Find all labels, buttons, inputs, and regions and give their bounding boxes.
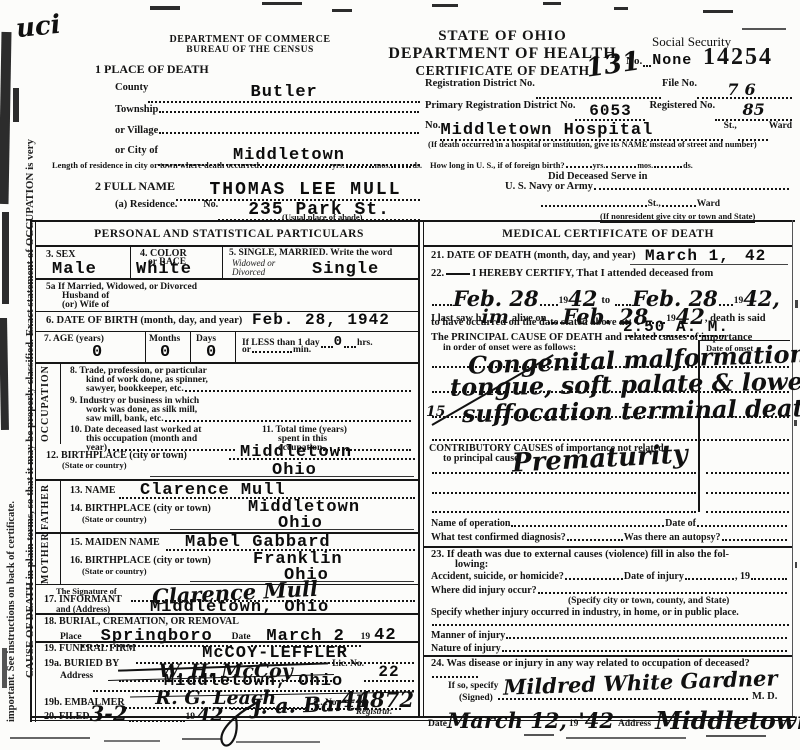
autopsy-label: Was there an autopsy?: [624, 532, 721, 543]
full-name-label: 2 FULL NAME: [95, 179, 175, 194]
father-state-label: (State or country): [82, 514, 147, 524]
manner-row: Manner of injury: [431, 630, 788, 641]
if-so-specify-label: If so, specify: [448, 681, 498, 691]
institution-note: (If death occurred in a hospital or inst…: [428, 139, 757, 149]
township-label: Township: [115, 104, 158, 115]
file-no-label: File No.: [662, 78, 697, 89]
margin-note-line2: important. See instructions on back of c…: [6, 392, 17, 722]
st-label: St.,: [724, 121, 737, 131]
registrar-signature-flourish: [196, 700, 276, 750]
scan-noise: [614, 7, 628, 10]
scan-noise: [706, 735, 766, 737]
primary-registration-value: 6053: [589, 102, 631, 120]
st-label: St.,: [648, 199, 661, 209]
city-label: or City of: [115, 145, 158, 156]
signed-date-value: March 12,: [447, 708, 567, 733]
nature-label: Nature of injury: [431, 643, 501, 654]
father-side-label: FATHER: [40, 482, 51, 532]
ink-streak: [13, 88, 19, 122]
no-label: No.: [626, 55, 642, 67]
item9-line3: saw mill, bank, etc.: [86, 414, 164, 424]
date-of-death-value: March 1,: [645, 247, 730, 265]
ssn-row: No. None: [626, 52, 698, 69]
sex-label: 3. SEX: [46, 249, 75, 260]
mother-side-label: MOTHER: [40, 536, 51, 584]
item8-line3: sawyer, bookkeeper, etc.: [86, 384, 184, 394]
residence-no-label: No.: [203, 199, 218, 210]
scan-noise: [566, 737, 686, 739]
where-injury-label: Where did injury occur?: [431, 585, 537, 596]
sex-value: Male: [52, 260, 97, 279]
autopsy-row: What test confirmed diagnosis? Was there…: [431, 532, 788, 543]
state-title: STATE OF OHIO: [385, 28, 620, 45]
injury-date-label: Date of injury: [624, 571, 684, 582]
residence-length-label: Length of residence in city or town wher…: [52, 160, 259, 170]
operation-row: Name of operation Date of: [431, 518, 788, 529]
scan-noise: [795, 300, 798, 308]
certify-text: I HEREBY CERTIFY, That I attended deceas…: [472, 268, 713, 279]
ssn-value: None: [652, 52, 692, 69]
item8-line3-row: sawyer, bookkeeper, etc.: [86, 384, 412, 394]
ds-label: ds.: [683, 161, 693, 170]
contributory-label-line2: to principal cause:: [443, 453, 522, 464]
scan-noise: [795, 562, 797, 568]
scan-noise: [332, 9, 352, 12]
place-of-death-title: 1 PLACE OF DEATH: [95, 62, 209, 77]
accident-row: Accident, suicide, or homicide? Date of …: [431, 571, 788, 582]
scan-noise: [104, 740, 160, 742]
signed-19: 19: [569, 719, 579, 729]
birthplace-state-label: (State or country): [62, 460, 127, 470]
yrs-label: yrs.: [332, 161, 345, 170]
funeral-firm-label: 19. FUNERAL FIRM: [44, 643, 136, 654]
buried-by-lic-label: Lic. No.: [332, 659, 364, 669]
mother-state-label: (State or country): [82, 566, 147, 576]
scan-noise: [543, 2, 561, 5]
certificate-title: CERTIFICATE OF DEATH: [385, 63, 620, 79]
nature-row: Nature of injury: [431, 643, 788, 654]
item22-number: 22.: [431, 268, 444, 279]
marital-label-line3: Divorced: [232, 267, 265, 277]
ward-label: Ward: [769, 121, 792, 131]
md-label: M. D.: [752, 691, 777, 702]
item9-line3-row: saw mill, bank, etc.: [86, 414, 412, 424]
registered-no-value: 85: [742, 100, 764, 119]
county-value: Butler: [251, 83, 318, 102]
yrs-label: yrs.: [593, 161, 606, 170]
operation-label: Name of operation: [431, 518, 510, 529]
file-no-value: 76: [727, 80, 761, 99]
occupation-side-label: OCCUPATION: [40, 366, 51, 442]
certify-row: 22. I HEREBY CERTIFY, That I attended de…: [431, 268, 788, 279]
registered-no-label: Registered No.: [649, 100, 715, 111]
age-months-value: 0: [160, 343, 171, 362]
principal-cause-line1: The PRINCIPAL CAUSE OF DEATH and related…: [431, 332, 752, 343]
signed-date-row: Date March 12, 19 '42 Address Middletown…: [428, 703, 788, 732]
mother-maiden-name-label: 15. MAIDEN NAME: [70, 537, 160, 548]
township-row: Township: [115, 104, 420, 115]
age-min-row: or min.: [242, 345, 362, 355]
scan-noise: [150, 6, 180, 10]
date-of-death-label: 21. DATE OF DEATH (month, day, and year): [431, 250, 636, 261]
signed-address-value: Middletown O.: [655, 706, 800, 735]
age-years-value: 0: [92, 343, 103, 362]
registrar-label: Registrar.: [356, 706, 392, 716]
signed-date-label: Date: [428, 719, 447, 729]
min-label: min.: [293, 345, 311, 355]
village-row: or Village: [115, 125, 420, 136]
serial-number: 14254: [703, 44, 773, 71]
occurred-text: to have occurred on the date stated abov…: [431, 317, 628, 328]
agency-line2: BUREAU OF THE CENSUS: [120, 45, 380, 55]
registration-district-row: Registration District No. File No. 76: [425, 78, 792, 101]
marital-value: Single: [312, 260, 379, 279]
filed-label: 20. FILED: [44, 711, 90, 722]
item23-line2: lowing:: [455, 559, 488, 570]
dob-value: Feb. 28, 1942: [252, 311, 390, 329]
medical-section-title: MEDICAL CERTIFICATE OF DEATH: [424, 228, 792, 240]
or-label: or: [242, 345, 251, 355]
registration-district-label: Registration District No.: [425, 78, 535, 89]
birthplace-state-value: Ohio: [272, 461, 317, 480]
served-label-line2: U. S. Navy or Army: [505, 181, 593, 192]
signed-address-label: Address: [618, 719, 651, 729]
ds-label: ds.: [412, 161, 422, 170]
injury-19: , 19: [735, 571, 750, 582]
county-row: County Butler: [115, 82, 420, 105]
full-name-value: THOMAS LEE MULL: [209, 180, 401, 200]
scan-noise: [10, 737, 90, 739]
foreign-birth-row: How long in U. S., if of foreign birth? …: [430, 160, 760, 170]
residence-label: (a) Residence.: [115, 199, 177, 210]
color-value: White: [136, 260, 192, 279]
signed-label: (Signed): [459, 693, 493, 703]
marital-label-line1: 5. SINGLE, MARRIED. Write the word: [229, 248, 392, 258]
buried-by-label: 19a. BURIED BY: [44, 658, 119, 669]
signed-year-value: '42: [578, 708, 614, 733]
ink-streak: [0, 32, 12, 204]
father-birthplace-state-value: Ohio: [278, 514, 323, 533]
institution-no-label: No.: [425, 120, 440, 131]
residence-st-ward-row: St., Ward: [540, 199, 720, 209]
mos-label: mos.: [375, 161, 391, 170]
ward-label: Ward: [697, 199, 720, 209]
mos-label: mos.: [637, 161, 653, 170]
filed-date-value: 3-2: [90, 701, 128, 726]
ink-streak: [2, 212, 9, 304]
navy-army-row: U. S. Navy or Army: [505, 181, 790, 192]
scan-noise: [742, 28, 786, 30]
death-certificate-document: CAUSE OF DEATH in plain terms, so that i…: [0, 0, 800, 750]
mother-birthplace-label: 16. BIRTHPLACE (city or town): [70, 555, 211, 566]
test-label: What test confirmed diagnosis?: [431, 532, 566, 543]
scan-noise: [703, 10, 733, 13]
wife-of-label: (or) Wife of: [62, 300, 109, 310]
where-injury-row: Where did injury occur?: [431, 585, 788, 596]
date-of-death-year: 42: [745, 247, 766, 265]
address-label: Address: [60, 671, 93, 681]
institution-value: Middletown Hospital: [440, 121, 653, 140]
physician-signature: Mildred White Gardner: [503, 665, 778, 700]
father-name-label: 13. NAME: [70, 485, 116, 496]
corner-scribble: uci: [15, 10, 63, 45]
scan-noise: [432, 4, 458, 7]
issuing-agency: DEPARTMENT OF COMMERCE BUREAU OF THE CEN…: [120, 34, 380, 55]
village-label: or Village: [115, 125, 158, 136]
manner-label: Manner of injury: [431, 630, 505, 641]
specify-where-line: Specify whether injury occurred in indus…: [431, 607, 739, 618]
father-birthplace-label: 14. BIRTHPLACE (city or town): [70, 503, 211, 514]
cause-of-death-line3: suffocation terminal death: [462, 393, 800, 428]
dob-label: 6. DATE OF BIRTH (month, day, and year): [46, 315, 242, 326]
foreign-birth-label: How long in U. S., if of foreign birth?: [430, 160, 565, 170]
county-label: County: [115, 82, 148, 93]
scan-noise: [524, 734, 554, 736]
filed-19: 19: [186, 712, 196, 722]
accident-label: Accident, suicide, or homicide?: [431, 571, 564, 582]
agency-line1: DEPARTMENT OF COMMERCE: [120, 34, 380, 45]
age-days-value: 0: [206, 343, 217, 362]
primary-registration-label: Primary Registration District No.: [425, 100, 575, 111]
personal-section-title: PERSONAL AND STATISTICAL PARTICULARS: [40, 228, 418, 240]
specify-city-note: (Specify city or town, county, and State…: [568, 596, 729, 606]
residence-length-row: Length of residence in city or town wher…: [52, 160, 422, 170]
scan-noise: [262, 2, 302, 5]
date-of-label: Date of: [665, 518, 696, 529]
